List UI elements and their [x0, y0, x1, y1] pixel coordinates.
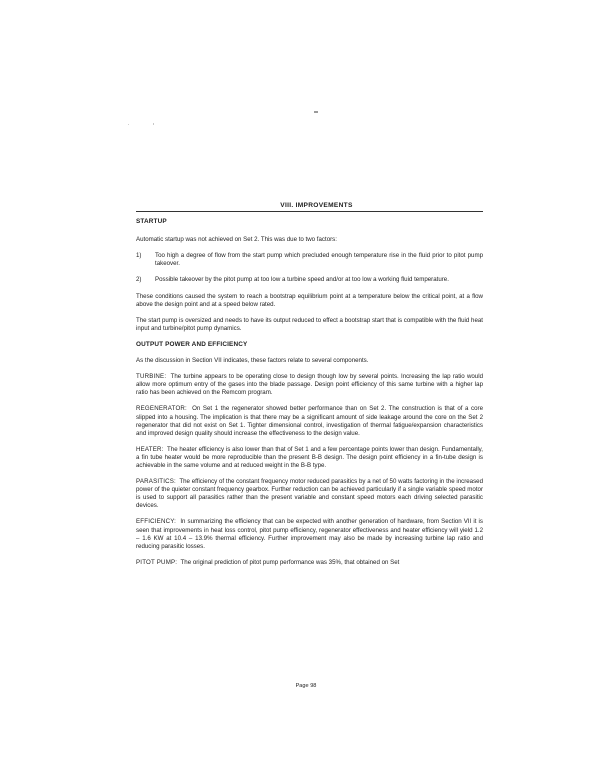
paragraph-text: The efficiency of the constant frequency… — [136, 478, 483, 509]
regenerator-paragraph: REGENERATOR: On Set 1 the regenerator sh… — [136, 405, 483, 437]
scan-mark — [314, 111, 318, 113]
page-number: Page 98 — [0, 683, 612, 689]
paragraph-lead: EFFICIENCY: — [136, 518, 176, 525]
output-heading: OUTPUT POWER AND EFFICIENCY — [136, 341, 483, 349]
output-intro: As the discussion in Section VII indicat… — [136, 357, 483, 365]
turbine-paragraph: TURBINE: The turbine appears to be opera… — [136, 373, 483, 397]
factor-number: 2) — [136, 276, 155, 284]
factor-number: 1) — [136, 252, 155, 268]
startup-paragraph: The start pump is oversized and needs to… — [136, 317, 483, 333]
scan-mark — [153, 123, 154, 125]
paragraph-lead: TURBINE: — [136, 373, 166, 380]
document-body: VIII. IMPROVEMENTS STARTUP Automatic sta… — [136, 202, 483, 575]
document-page: VIII. IMPROVEMENTS STARTUP Automatic sta… — [0, 0, 612, 779]
startup-paragraph: These conditions caused the system to re… — [136, 293, 483, 309]
paragraph-text: The original prediction of pitot pump pe… — [181, 559, 400, 566]
title-rule — [136, 211, 483, 212]
factor-text: Possible takeover by the pitot pump at t… — [155, 276, 483, 284]
startup-heading: STARTUP — [136, 218, 483, 226]
paragraph-lead: PITOT PUMP: — [136, 559, 177, 566]
factor-item: 1) Too high a degree of flow from the st… — [136, 252, 483, 268]
parasitics-paragraph: PARASITICS: The efficiency of the consta… — [136, 478, 483, 510]
efficiency-paragraph: EFFICIENCY: In summarizing the efficienc… — [136, 518, 483, 550]
factor-text: Too high a degree of flow from the start… — [155, 252, 483, 268]
scan-mark — [128, 124, 129, 125]
paragraph-text: In summarizing the efficiency that can b… — [136, 518, 483, 549]
paragraph-text: The turbine appears to be operating clos… — [136, 373, 483, 396]
factor-item: 2) Possible takeover by the pitot pump a… — [136, 276, 483, 284]
paragraph-lead: HEATER: — [136, 446, 164, 453]
pitot-pump-paragraph: PITOT PUMP: The original prediction of p… — [136, 559, 483, 567]
paragraph-lead: PARASITICS: — [136, 478, 176, 485]
paragraph-text: The heater efficiency is also lower than… — [136, 446, 483, 469]
paragraph-text: On Set 1 the regenerator showed better p… — [136, 405, 483, 436]
section-title: VIII. IMPROVEMENTS — [136, 202, 483, 210]
startup-intro: Automatic startup was not achieved on Se… — [136, 236, 483, 244]
paragraph-lead: REGENERATOR: — [136, 405, 187, 412]
heater-paragraph: HEATER: The heater efficiency is also lo… — [136, 446, 483, 470]
